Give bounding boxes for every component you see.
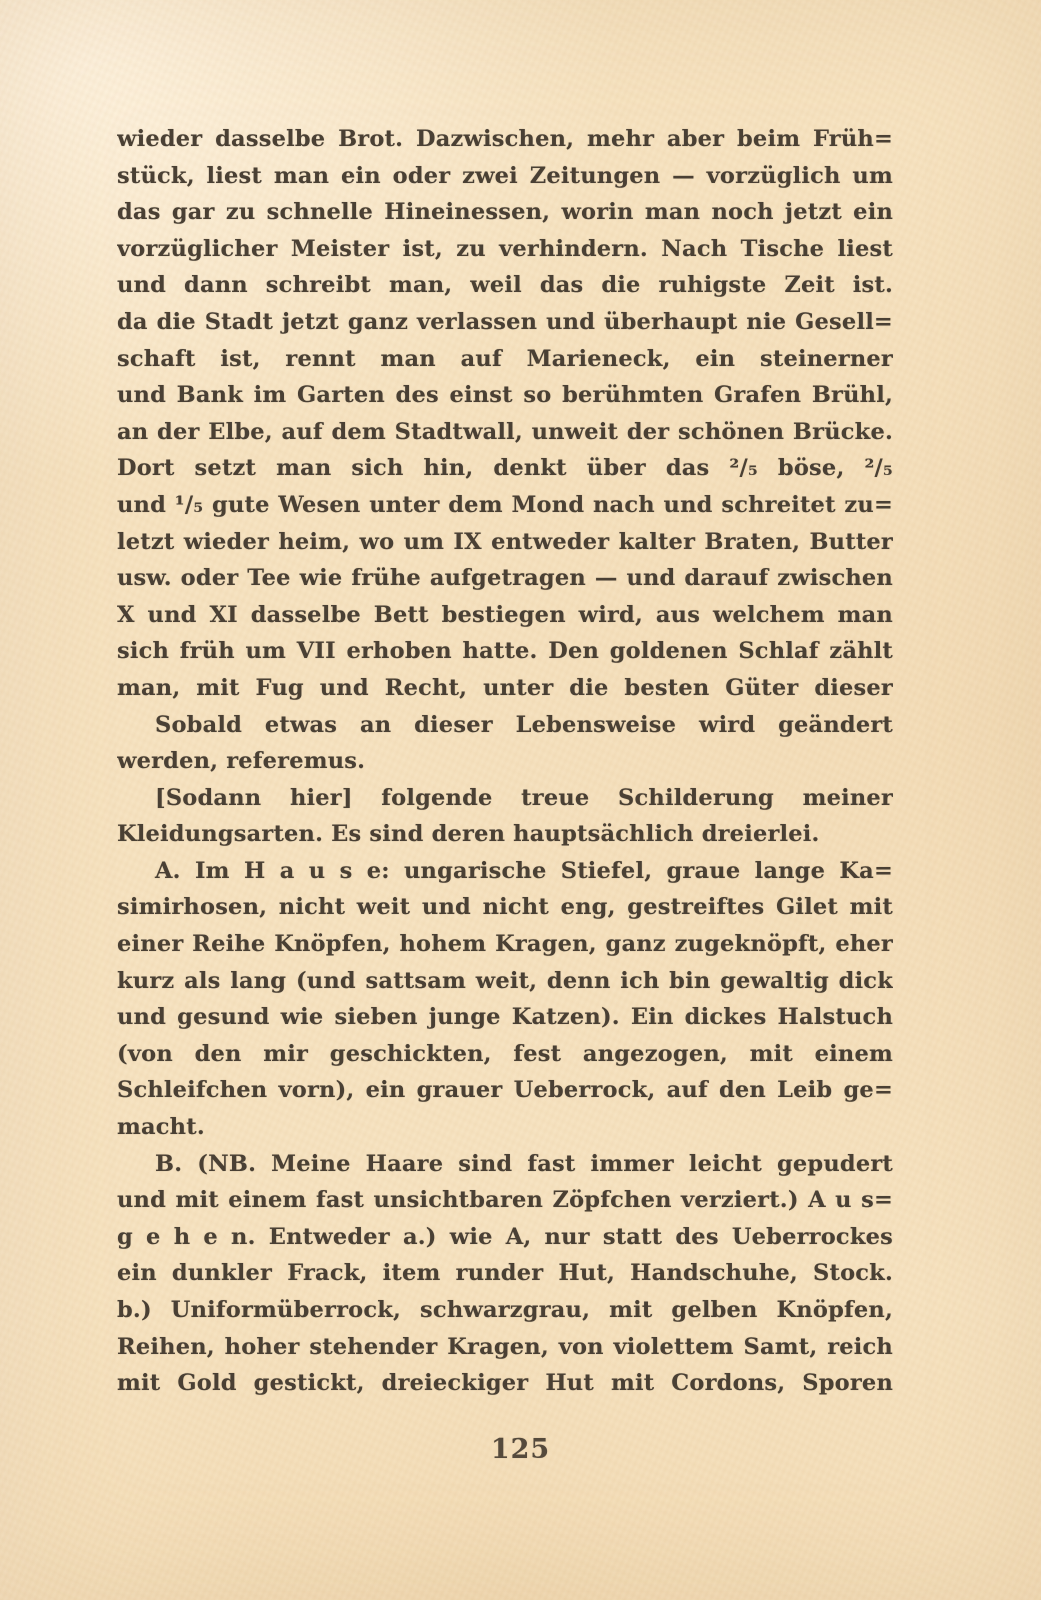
text-line: und Bank im Garten des einst so berühmte…	[117, 377, 893, 414]
text-line: stück, liest man ein oder zwei Zeitungen…	[117, 158, 893, 195]
text-line: da die Stadt jetzt ganz verlassen und üb…	[117, 304, 893, 341]
text-line: b.) Uniformüberrock, schwarzgrau, mit ge…	[117, 1292, 893, 1329]
text-line: B. (NB. Meine Haare sind fast immer leic…	[117, 1146, 893, 1183]
text-line: das gar zu schnelle Hineinessen, worin m…	[117, 194, 893, 231]
text-line: werden, referemus.	[117, 743, 893, 780]
page-number: 125	[0, 1434, 1041, 1465]
text-line: vorzüglicher Meister ist, zu verhindern.…	[117, 231, 893, 268]
text-line: sich früh um VII erhoben hatte. Den gold…	[117, 633, 893, 670]
text-line: schaft ist, rennt man auf Marieneck, ein…	[117, 341, 893, 378]
text-line: und ¹/₅ gute Wesen unter dem Mond nach u…	[117, 487, 893, 524]
page-text-block: wieder dasselbe Brot. Dazwischen, mehr a…	[117, 121, 893, 1402]
text-line: simirhosen, nicht weit und nicht eng, ge…	[117, 889, 893, 926]
text-line: und dann schreibt man, weil das die ruhi…	[117, 267, 893, 304]
text-line: Dort setzt man sich hin, denkt über das …	[117, 450, 893, 487]
text-line: und gesund wie sieben junge Katzen). Ein…	[117, 999, 893, 1036]
text-line: macht.	[117, 1109, 893, 1146]
text-line: g e h e n. Entweder a.) wie A, nur statt…	[117, 1219, 893, 1256]
text-line: und mit einem fast unsichtbaren Zöpfchen…	[117, 1182, 893, 1219]
text-line: mit Gold gestickt, dreieckiger Hut mit C…	[117, 1365, 893, 1402]
text-line: Kleidungsarten. Es sind deren hauptsächl…	[117, 816, 893, 853]
text-line: [Sodann hier] folgende treue Schilderung…	[117, 780, 893, 817]
text-line: X und XI dasselbe Bett bestiegen wird, a…	[117, 597, 893, 634]
text-line: Schleifchen vorn), ein grauer Ueberrock,…	[117, 1072, 893, 1109]
text-line: (von den mir geschickten, fest angezogen…	[117, 1036, 893, 1073]
text-line: A. Im H a u s e: ungarische Stiefel, gra…	[117, 853, 893, 890]
text-line: ein dunkler Frack, item runder Hut, Hand…	[117, 1255, 893, 1292]
text-line: usw. oder Tee wie frühe aufgetragen — un…	[117, 560, 893, 597]
text-line: Reihen, hoher stehender Kragen, von viol…	[117, 1329, 893, 1366]
text-line: letzt wieder heim, wo um IX entweder kal…	[117, 524, 893, 561]
book-page: wieder dasselbe Brot. Dazwischen, mehr a…	[0, 0, 1041, 1600]
text-line: wieder dasselbe Brot. Dazwischen, mehr a…	[117, 121, 893, 158]
text-line: an der Elbe, auf dem Stadtwall, unweit d…	[117, 414, 893, 451]
text-line: einer Reihe Knöpfen, hohem Kragen, ganz …	[117, 926, 893, 963]
text-line: kurz als lang (und sattsam weit, denn ic…	[117, 963, 893, 1000]
text-line: Sobald etwas an dieser Lebensweise wird …	[117, 707, 893, 744]
text-line: man, mit Fug und Recht, unter die besten…	[117, 670, 893, 707]
